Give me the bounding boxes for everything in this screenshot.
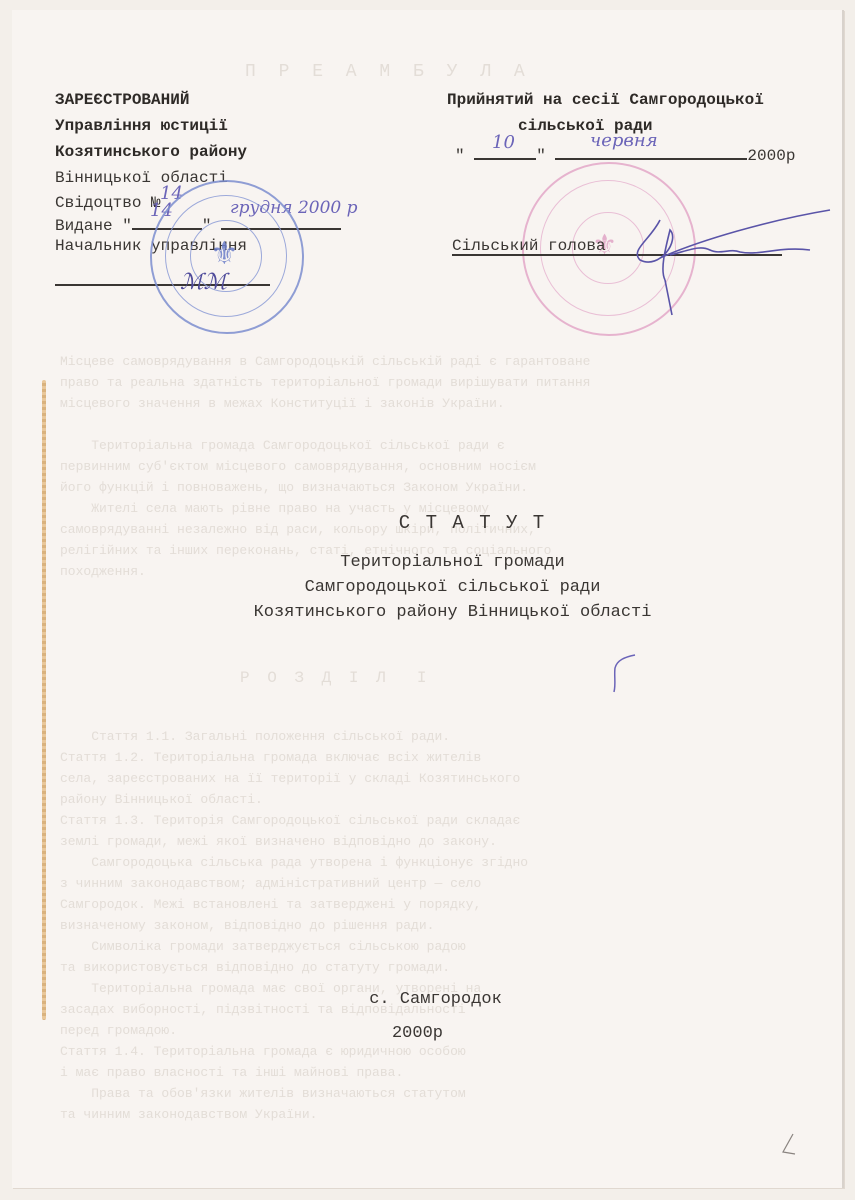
adoption-month-handwritten: червня [590,130,658,151]
certificate-label: Свідоцтво № [55,194,161,212]
document-subtitle-1: Територіальної громади [25,553,855,572]
pencil-mark [775,1130,805,1165]
village-head-label: Сільський голова [452,236,606,256]
issued-label: Видане " [55,217,132,235]
document-subtitle-2: Самгородоцької сільської ради [25,578,855,597]
registration-department: Управління юстиції [55,116,228,136]
certificate-line: Свідоцтво № [55,193,161,213]
bleed-through-section: Р О З Д І Л І [240,668,430,689]
bleed-through-body-2: Стаття 1.1. Загальні положення сільської… [60,705,528,1125]
trident-icon: ⚜ [210,234,239,272]
binding-thread [42,380,46,1020]
pen-mark [605,650,645,700]
document-year: 2000р [0,1024,845,1043]
bleed-through-heading: П Р Е А М Б У Л А [245,62,531,83]
document-subtitle-3: Козятинського району Вінницької області [25,603,855,622]
registration-district: Козятинського району [55,142,247,162]
adoption-year: 2000р [747,147,795,165]
bleed-through-body: Місцеве самоврядування в Самгородоцькій … [60,330,591,582]
adoption-day-handwritten: 10 [492,132,515,153]
registration-title: ЗАРЕЄСТРОВАНИЙ [55,90,189,110]
document-heading: С Т А Т У Т [45,512,855,534]
document-place: с. Самгородок [8,990,855,1009]
head-signature: ℳℳ [180,270,227,295]
adoption-title: Прийнятий на сесії Самгородоцької [447,90,764,110]
village-head-signature [620,200,840,320]
justice-department-stamp: ⚜ [150,180,304,334]
